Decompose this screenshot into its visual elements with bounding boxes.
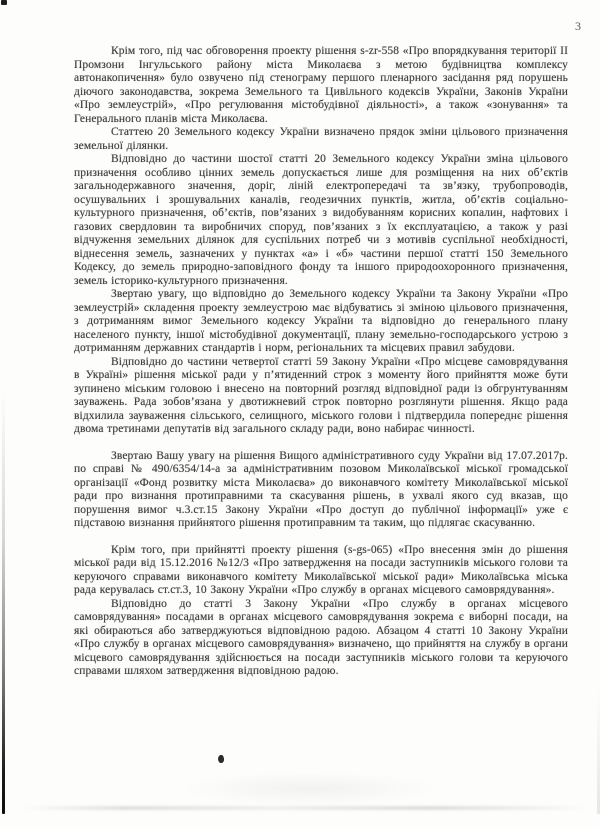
paragraph-1: Крім того, під час обговорення проекту р…: [74, 45, 568, 126]
paragraph-5: Відповідно до частини четвертої статті 5…: [74, 356, 568, 437]
scan-artifact-bottom-smudge: [22, 806, 590, 810]
paragraph-7: Крім того, при прийнятті проекту рішення…: [74, 544, 568, 598]
scan-artifact-shade-patch: [180, 772, 440, 806]
paragraph-4: Звертаю увагу, що відповідно до Земельно…: [74, 288, 568, 356]
paragraph-2: Статтею 20 Земельного кодексу України ви…: [74, 126, 568, 153]
paragraph-8: Відповідно до статті 3 Закону України «П…: [74, 598, 568, 679]
scan-artifact-corner-mark: [1, 0, 7, 5]
document-body: Крім того, під час обговорення проекту р…: [74, 45, 568, 679]
paragraph-6: Звертаю Вашу увагу на рішення Вищого адм…: [74, 450, 568, 531]
scan-artifact-ink-dot: [217, 754, 225, 763]
scan-artifact-left-edge-line: [2, 392, 5, 814]
page-number: 3: [575, 19, 581, 34]
scanned-document-page: 3 Крім того, під час обговорення проекту…: [0, 0, 600, 828]
paragraph-3: Відповідно до частини шостої статті 20 З…: [74, 153, 568, 288]
